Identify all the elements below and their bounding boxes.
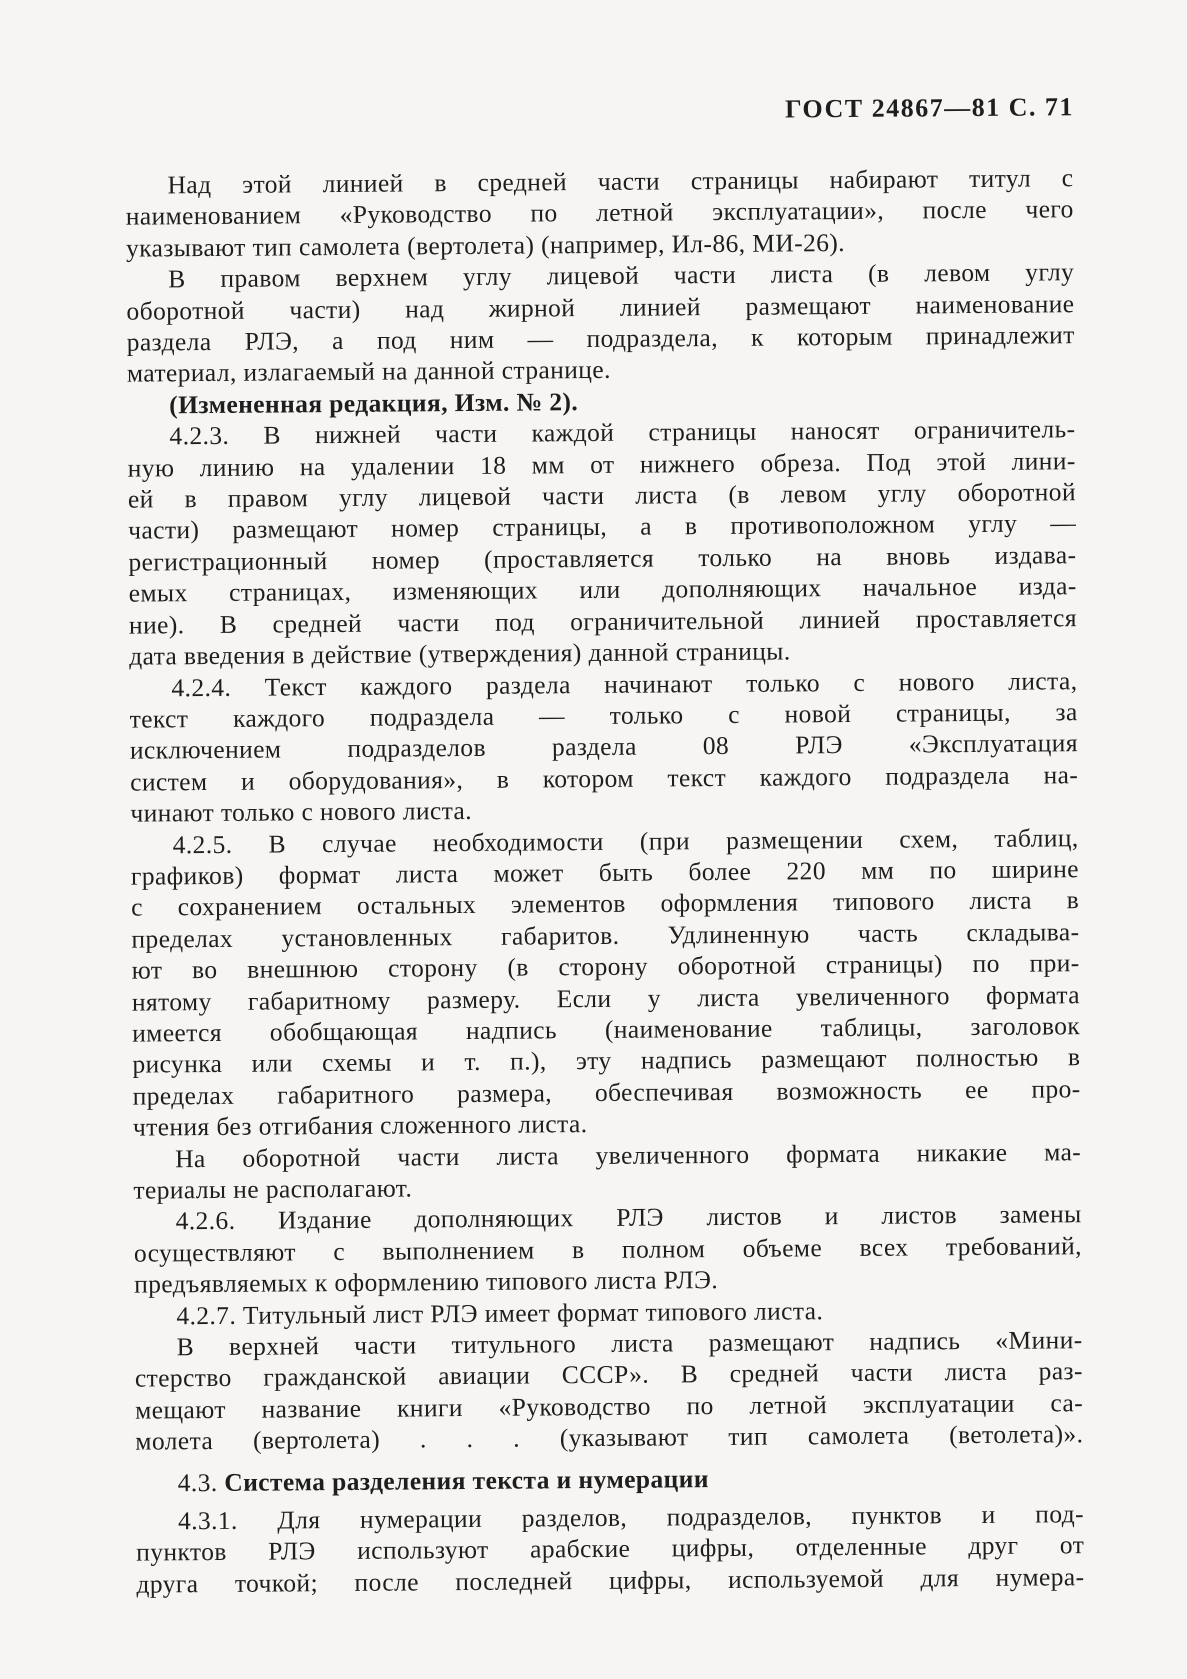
paragraph: 4.2.6. Издание дополняющих РЛЭ листов и …	[134, 1199, 1083, 1301]
scanned-document-page: ГОСТ 24867—81 С. 71 Над этой линией в ср…	[0, 0, 1187, 1679]
text-line: 4.3. Система разделения текста и нумерац…	[136, 1460, 1084, 1499]
document-text-body: Над этой линией в средней части страницы…	[125, 162, 1084, 1600]
standard-number-header: ГОСТ 24867—81 С. 71	[785, 92, 1074, 124]
heading-title: Система разделения текста и нумерации	[224, 1464, 709, 1497]
paragraph: В правом верхнем углу лицевой части лист…	[126, 256, 1075, 389]
paragraph: 4.2.4. Текст каждого раздела начинают то…	[129, 665, 1078, 829]
paragraph: В верхней части титульного листа размеща…	[135, 1324, 1084, 1457]
paragraph: 4.2.3. В нижней части каждой страницы на…	[127, 413, 1077, 672]
paragraph: 4.2.5. В случае необходимости (при разме…	[131, 822, 1081, 1143]
paragraph: 4.3.1. Для нумерации разделов, подраздел…	[136, 1498, 1085, 1600]
paragraph: На оборотной части листа увеличенного фо…	[133, 1136, 1081, 1206]
heading-number: 4.3.	[178, 1468, 225, 1497]
text-line: друга точкой; после последней цифры, исп…	[136, 1561, 1084, 1600]
page-scan-area: ГОСТ 24867—81 С. 71 Над этой линией в ср…	[0, 0, 1187, 1679]
section-heading: 4.3. Система разделения текста и нумерац…	[136, 1460, 1084, 1499]
text-line: молета (вертолета) . . . (указывают тип …	[135, 1418, 1083, 1457]
paragraph: Над этой линией в средней части страницы…	[125, 162, 1074, 264]
